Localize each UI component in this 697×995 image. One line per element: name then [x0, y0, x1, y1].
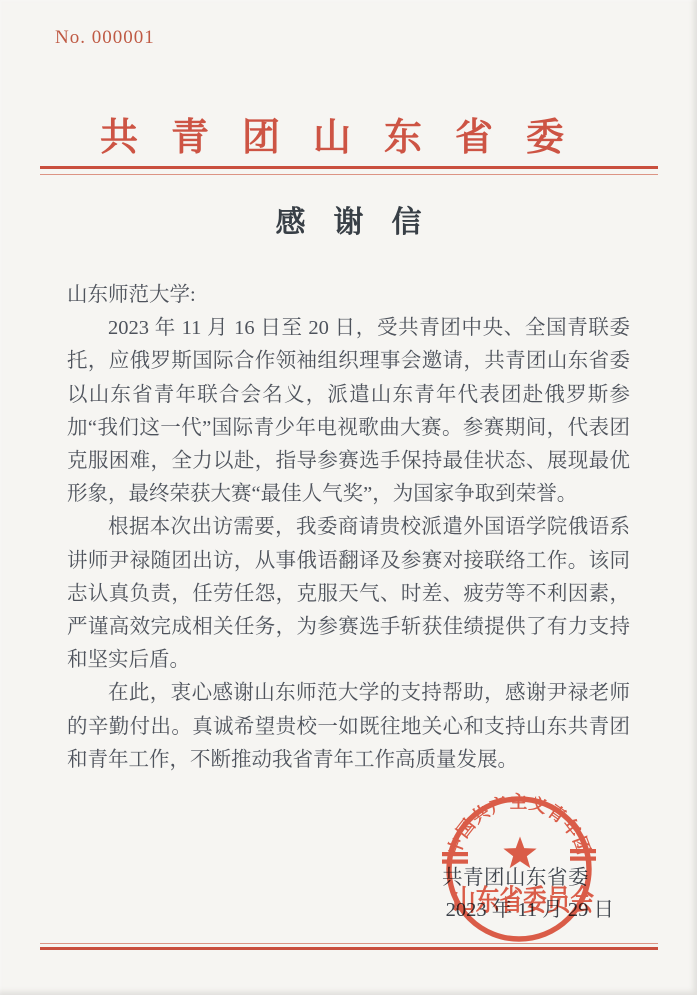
header-rule-thin [40, 174, 658, 176]
header-rule-thick [40, 166, 658, 169]
paragraph-2: 根据本次出访需要，我委商请贵校派遣外国语学院俄语系讲师尹禄随团出访，从事俄语翻译… [67, 511, 630, 677]
salutation: 山东师范大学: [67, 279, 630, 312]
seal-banner-text: 山东省委员会 [452, 884, 594, 917]
letter-title: 感谢信 [0, 204, 697, 242]
footer-rule-thick [40, 947, 658, 950]
paragraph-3: 在此，衷心感谢山东师范大学的支持帮助，感谢尹禄老师的辛勤付出。真诚希望贵校一如既… [67, 677, 630, 777]
letter-page: No. 000001 共青团山东省委 感谢信 山东师范大学: 2023 年 11… [0, 0, 697, 995]
paragraph-1: 2023 年 11 月 16 日至 20 日，受共青团中央、全国青联委托，应俄罗… [67, 312, 630, 511]
seal-bar-left-icon [442, 852, 468, 864]
doc-number: No. 000001 [55, 27, 155, 49]
letter-body: 山东师范大学: 2023 年 11 月 16 日至 20 日，受共青团中央、全国… [67, 279, 630, 777]
seal-star-icon [503, 837, 536, 869]
footer-rule-thin [40, 943, 658, 945]
official-seal: 中国共产主义青年团 山东省委员会 [435, 785, 603, 953]
org-title: 共青团山东省委 [0, 116, 697, 160]
